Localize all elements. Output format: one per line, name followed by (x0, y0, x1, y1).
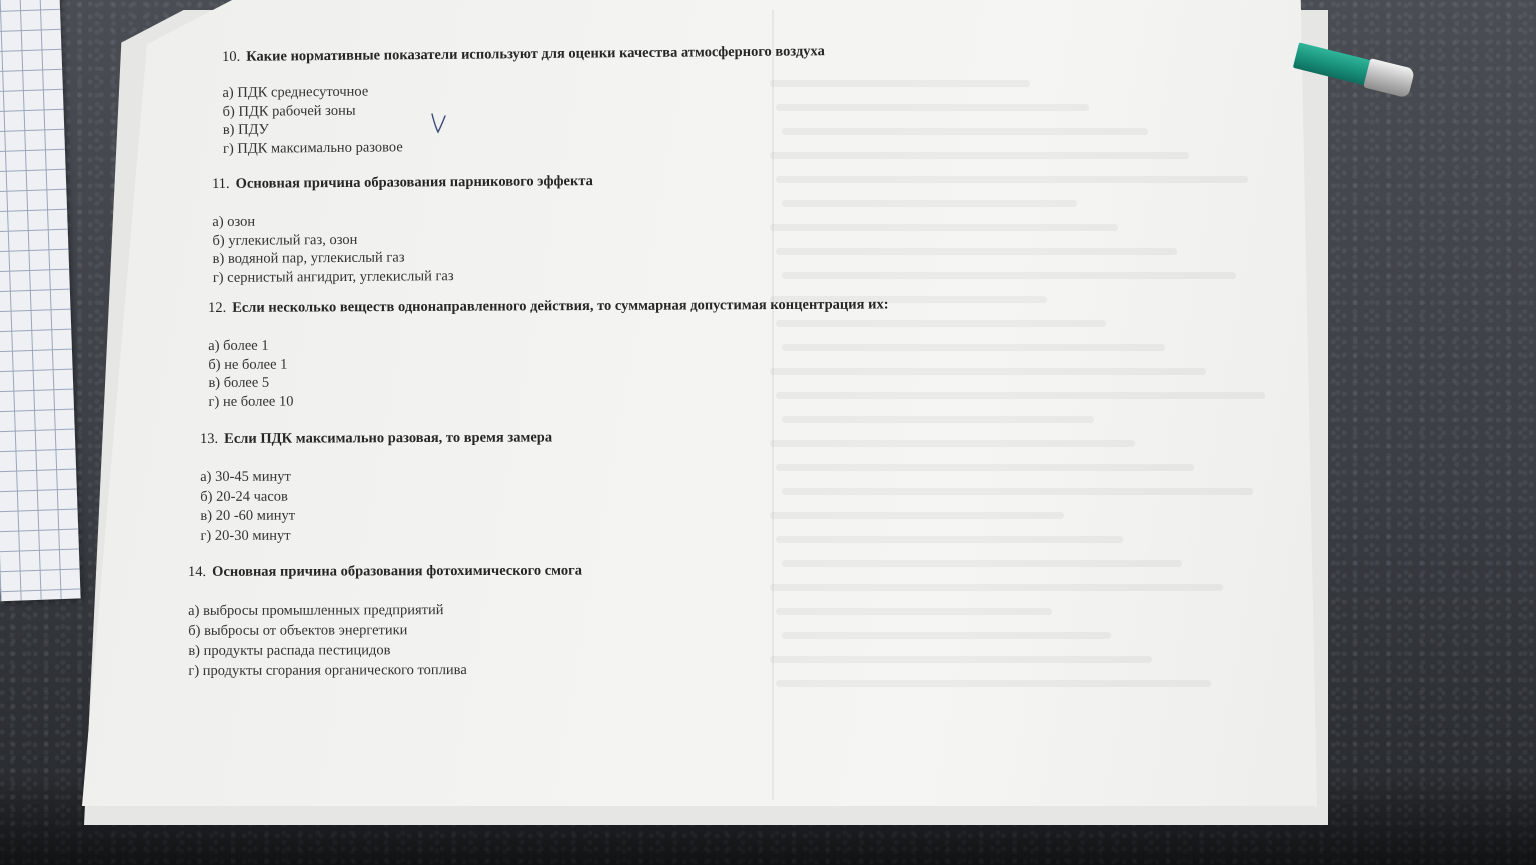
option-b: б) 20-24 часов (200, 486, 552, 507)
question-number: 13. (200, 431, 218, 447)
question-number: 10. (222, 49, 240, 65)
question-10: 10.Какие нормативные показатели использу… (222, 43, 826, 158)
document-content: 10.Какие нормативные показатели использу… (0, 0, 1536, 865)
option-b: б) выбросы от объектов энергетики (188, 620, 582, 641)
question-12: 12.Если несколько веществ однонаправленн… (208, 296, 889, 411)
option-a: а) выбросы промышленных предприятий (188, 600, 582, 621)
handwritten-checkmark-icon (430, 112, 448, 134)
question-13: 13.Если ПДК максимально разовая, то врем… (200, 429, 553, 546)
question-text: Основная причина образования парникового… (236, 173, 593, 192)
option-g: г) сернистый ангидрит, углекислый газ (213, 266, 594, 287)
option-g: г) не более 10 (208, 389, 889, 411)
question-title: 10.Какие нормативные показатели использу… (222, 43, 825, 66)
option-g: г) 20-30 минут (200, 525, 552, 546)
question-text: Основная причина образования фотохимичес… (212, 563, 582, 580)
option-g: г) продукты сгорания органического топли… (188, 660, 582, 681)
question-text: Какие нормативные показатели используют … (246, 43, 825, 65)
option-v: в) 20 -60 минут (200, 505, 552, 526)
question-14: 14.Основная причина образования фотохими… (188, 563, 582, 681)
question-11: 11.Основная причина образования парников… (212, 173, 594, 287)
option-v: в) продукты распада пестицидов (188, 640, 582, 661)
question-text: Если несколько веществ однонаправленного… (232, 296, 888, 315)
question-title: 13.Если ПДК максимально разовая, то врем… (200, 429, 552, 448)
question-title: 12.Если несколько веществ однонаправленн… (208, 296, 889, 317)
option-a: а) 30-45 минут (200, 466, 552, 487)
question-number: 14. (188, 564, 206, 580)
question-number: 12. (208, 300, 226, 316)
question-title: 11.Основная причина образования парников… (212, 173, 593, 193)
question-text: Если ПДК максимально разовая, то время з… (224, 429, 552, 446)
question-number: 11. (212, 176, 230, 192)
question-title: 14.Основная причина образования фотохими… (188, 563, 582, 581)
